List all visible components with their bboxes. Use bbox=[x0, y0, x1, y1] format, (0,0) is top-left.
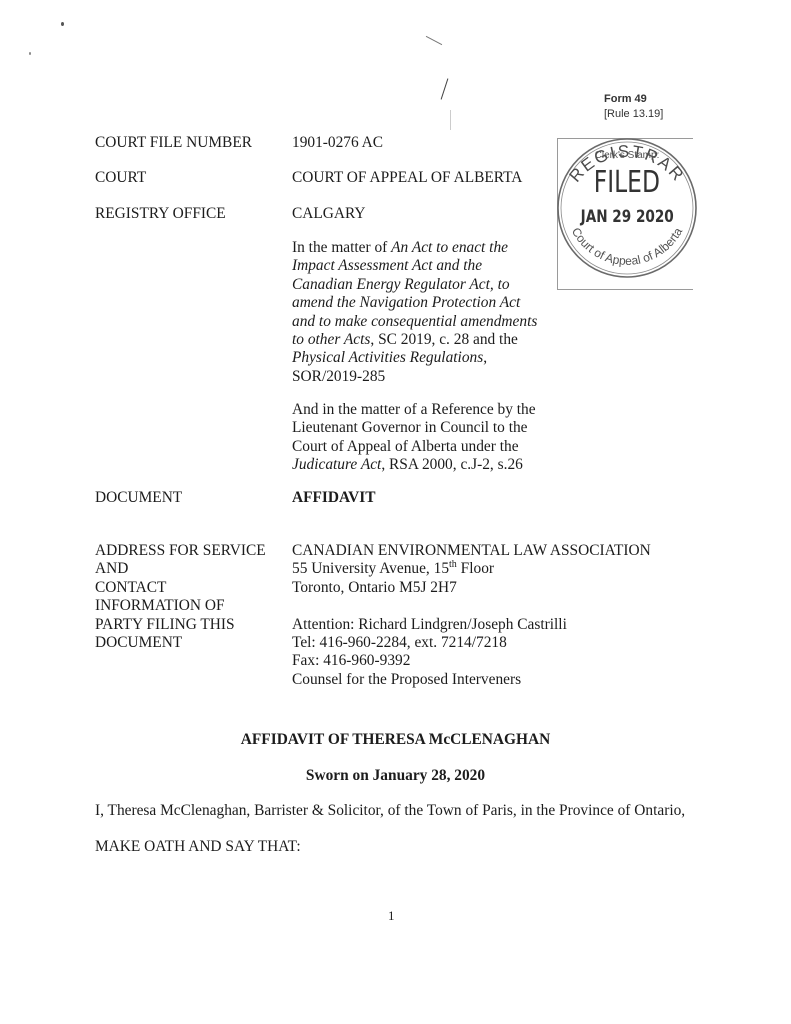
registry-office-label: REGISTRY OFFICE bbox=[95, 204, 226, 223]
stamp-filed: FILED bbox=[594, 165, 660, 200]
fax-line: Fax: 416-960-9392 bbox=[292, 652, 651, 670]
label-line: PARTY FILING THIS bbox=[95, 616, 266, 634]
court-value: COURT OF APPEAL OF ALBERTA bbox=[292, 168, 522, 187]
organization-name: CANADIAN ENVIRONMENTAL LAW ASSOCIATION bbox=[292, 542, 651, 560]
judicature-act-citation: , RSA 2000, c.J-2, s.26 bbox=[381, 456, 523, 473]
city-postal: Toronto, Ontario M5J 2H7 bbox=[292, 579, 651, 597]
matter-1-line: Impact Assessment Act and the bbox=[292, 257, 537, 275]
judicature-act-title: Judicature Act bbox=[292, 456, 381, 473]
label-line: ADDRESS FOR SERVICE bbox=[95, 542, 266, 560]
matter-1-line: Canadian Energy Regulator Act, to bbox=[292, 276, 537, 294]
court-file-number-value: 1901-0276 AC bbox=[292, 133, 383, 152]
matter-2-line: And in the matter of a Reference by the bbox=[292, 401, 536, 419]
style-of-cause-matter-1: In the matter of An Act to enact theImpa… bbox=[292, 239, 537, 386]
matter-1-line: to other Acts, SC 2019, c. 28 and the bbox=[292, 331, 537, 349]
matter-1-line: amend the Navigation Protection Act bbox=[292, 294, 537, 312]
floor-text: Floor bbox=[457, 560, 494, 577]
registrar-filed-stamp: REGISTRAR Clerk's Stamp: FILED JAN 29 20… bbox=[552, 128, 702, 288]
matter-1-line: Physical Activities Regulations, bbox=[292, 349, 537, 367]
page-number: 1 bbox=[388, 906, 395, 925]
registry-office-value: CALGARY bbox=[292, 204, 366, 223]
label-line: DOCUMENT bbox=[95, 634, 266, 652]
matter-1-line: In the matter of An Act to enact the bbox=[292, 239, 537, 257]
court-label: COURT bbox=[95, 168, 146, 187]
matter-1-line: and to make consequential amendments bbox=[292, 313, 537, 331]
stamp-date: JAN 29 2020 bbox=[580, 207, 674, 227]
document-value: AFFIDAVIT bbox=[292, 488, 376, 507]
label-line: CONTACT bbox=[95, 579, 266, 597]
label-line: AND bbox=[95, 560, 266, 578]
sworn-date: Sworn on January 28, 2020 bbox=[0, 766, 791, 785]
scan-mark bbox=[441, 78, 449, 99]
scan-speck bbox=[61, 22, 64, 26]
street-text: 55 University Avenue, 15 bbox=[292, 560, 449, 577]
form-rule: [Rule 13.19] bbox=[604, 107, 663, 122]
matter-2-line: Judicature Act, RSA 2000, c.J-2, s.26 bbox=[292, 456, 536, 474]
make-oath-statement: MAKE OATH AND SAY THAT: bbox=[95, 837, 301, 856]
matter-2-line: Court of Appeal of Alberta under the bbox=[292, 438, 536, 456]
matter-1-line: SOR/2019-285 bbox=[292, 368, 537, 386]
stamp-bottom-arc: Court of Appeal of Alberta bbox=[569, 225, 685, 268]
document-label: DOCUMENT bbox=[95, 488, 182, 507]
scan-speck bbox=[29, 52, 31, 55]
stamp-caption: Clerk's Stamp: bbox=[595, 150, 660, 161]
street-address: 55 University Avenue, 15th Floor bbox=[292, 560, 651, 578]
address-for-service-value: CANADIAN ENVIRONMENTAL LAW ASSOCIATION 5… bbox=[292, 542, 651, 689]
affidavit-title: AFFIDAVIT OF THERESA McCLENAGHAN bbox=[0, 730, 791, 749]
form-header: Form 49 [Rule 13.19] bbox=[604, 92, 663, 122]
affidavit-intro: I, Theresa McClenaghan, Barrister & Soli… bbox=[95, 801, 685, 820]
scan-mark bbox=[450, 110, 451, 130]
label-line: INFORMATION OF bbox=[95, 597, 266, 615]
telephone-line: Tel: 416-960-2284, ext. 7214/7218 bbox=[292, 634, 651, 652]
ordinal-suffix: th bbox=[449, 559, 457, 570]
form-number: Form 49 bbox=[604, 92, 663, 107]
court-file-number-label: COURT FILE NUMBER bbox=[95, 133, 252, 152]
counsel-line: Counsel for the Proposed Interveners bbox=[292, 671, 651, 689]
scan-mark bbox=[426, 36, 442, 45]
address-for-service-label: ADDRESS FOR SERVICE AND CONTACT INFORMAT… bbox=[95, 542, 266, 652]
attention-line: Attention: Richard Lindgren/Joseph Castr… bbox=[292, 616, 651, 634]
style-of-cause-matter-2: And in the matter of a Reference by the … bbox=[292, 401, 536, 475]
matter-2-line: Lieutenant Governor in Council to the bbox=[292, 419, 536, 437]
